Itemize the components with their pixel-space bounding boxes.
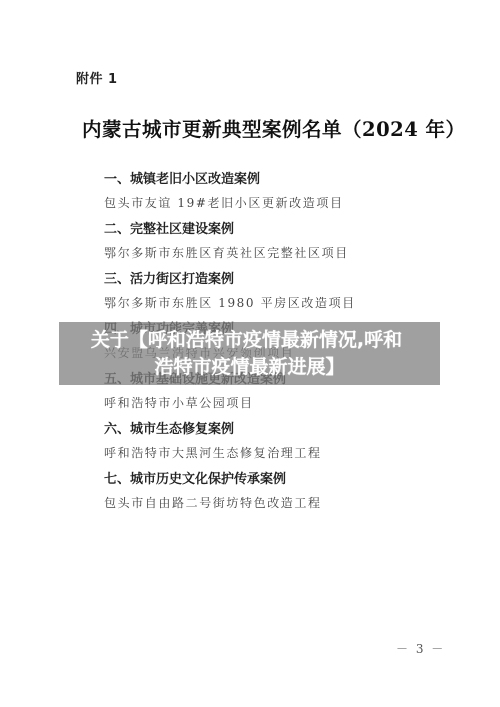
section-item-5: 呼和浩特市小草公园项目: [104, 394, 254, 411]
section-heading-1: 一、城镇老旧小区改造案例: [104, 168, 260, 187]
document-title: 内蒙古城市更新典型案例名单（2024 年）: [82, 114, 466, 142]
section-item-7: 包头市自由路二号街坊特色改造工程: [104, 494, 322, 511]
section-item-1: 包头市友谊 19#老旧小区更新改造项目: [104, 194, 344, 211]
section-heading-3: 三、活力街区打造案例: [104, 268, 234, 287]
section-heading-2: 二、完整社区建设案例: [104, 218, 234, 237]
section-heading-6: 六、城市生态修复案例: [104, 418, 234, 437]
section-heading-7: 七、城市历史文化保护传承案例: [104, 468, 286, 487]
section-item-6: 呼和浩特市大黑河生态修复治理工程: [104, 444, 322, 461]
headline-line-2: 浩特市疫情最新进展】: [59, 354, 440, 381]
section-item-2: 鄂尔多斯市东胜区育英社区完整社区项目: [104, 244, 349, 261]
section-item-3: 鄂尔多斯市东胜区 1980 平房区改造项目: [104, 294, 356, 311]
page-number: － 3 －: [396, 640, 445, 657]
attachment-label: 附件 1: [76, 68, 118, 87]
headline-overlay[interactable]: 关于【呼和浩特市疫情最新情况,呼和 浩特市疫情最新进展】: [59, 322, 440, 385]
headline-line-1: 关于【呼和浩特市疫情最新情况,呼和: [53, 327, 440, 354]
